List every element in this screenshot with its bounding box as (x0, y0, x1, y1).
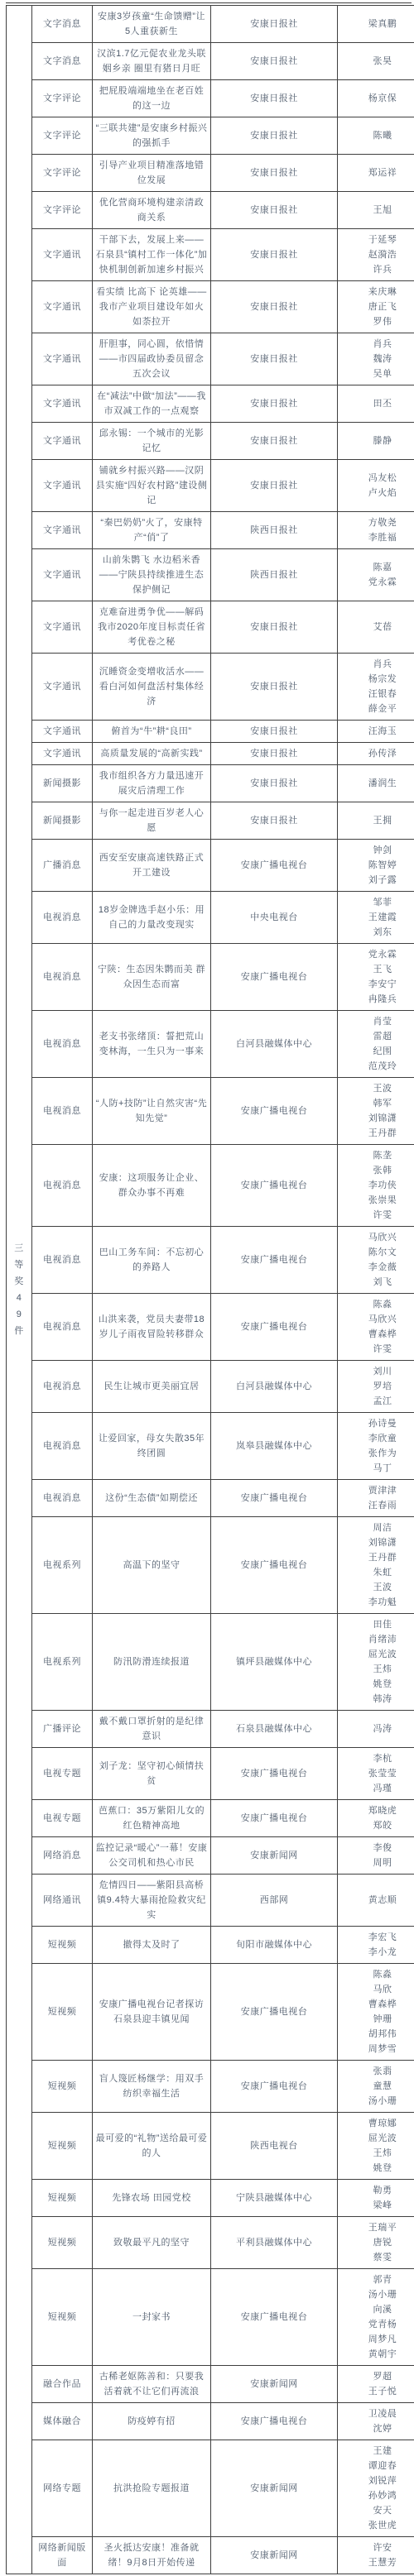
table-row: 短视频 最可爱的“礼物”送给最可爱的人 陕西电视台 曹琼娜屈光波王炜姚登 (7, 2113, 414, 2180)
organization-cell: 安康日报社 (211, 117, 338, 155)
category-cell: 新闻摄影 (32, 802, 93, 840)
author-name: 王瑞平 (340, 2220, 414, 2235)
author-name: 魏涛 (340, 352, 414, 366)
award-table-body: 三等奖49件文字消息 安康3岁孩童“生命馈赠”让5人重获新生 安康日报社 梁真鹏… (7, 6, 414, 2574)
title-cell: 山前朱鹮飞 水边稻米香——宁陕县持续推进生态保护侧记 (93, 549, 211, 601)
organization-cell: 安康新闻网 (211, 2537, 338, 2574)
authors-cell: 汪海玉 (338, 721, 414, 743)
authors-cell: 李宏飞李小龙 (338, 1927, 414, 1964)
author-name: 郑运祥 (340, 165, 414, 180)
organization-cell: 旬阳市融媒体中心 (211, 1927, 338, 1964)
author-name: 杨宗发 (340, 672, 414, 687)
author-name: 来庆琳 (340, 285, 414, 299)
category-cell: 短视频 (32, 2061, 93, 2113)
author-name: 纪围 (340, 1044, 414, 1059)
table-row: 文字通讯 “秦巴奶奶”火了，安康特产“俏”了 陕西日报社 方敬尧李胜福 (7, 512, 414, 549)
table-row: 文字通讯 在“减法”中做“加法”——我市双减工作的一点观察 安康日报社 田丕 (7, 385, 414, 423)
category-cell: 短视频 (32, 2180, 93, 2217)
category-cell: 电视专题 (32, 1800, 93, 1837)
authors-cell: 曹琼娜屈光波王炜姚登 (338, 2113, 414, 2180)
organization-cell: 安康日报社 (211, 743, 338, 765)
table-row: 短视频 先锋农场 田园党校 宁陕县融媒体中心 勒勇梁峰 (7, 2180, 414, 2217)
table-row: 新闻摄影 与你一起走进百岁老人心愿 安康日报社 王拥 (7, 802, 414, 840)
author-name: 王飞 (340, 962, 414, 977)
table-row: 电视消息 18岁金牌选手赵小乐：用自己的力量改变现实 中央电视台 邹菲王建霞刘东 (7, 892, 414, 944)
table-row: 媒体融合 防疫婷有招 安康广播电视台 卫凌晨沈婷 (7, 2403, 414, 2440)
organization-cell: 镇坪县融媒体中心 (211, 1614, 338, 1711)
author-name: 王丹群 (340, 1550, 414, 1565)
authors-cell: 陈垄张韩李功侠张崇果许雯 (338, 1145, 414, 1227)
author-name: 范茂玲 (340, 1059, 414, 1074)
title-cell: 安康广播电视台记者探访石泉县迎丰镇见闻 (93, 1964, 211, 2061)
title-cell: 俯首为“牛”耕“良田” (93, 721, 211, 743)
table-row: 文字评论 “三联共建”是安康乡村振兴的强抓手 安康日报社 陈曦 (7, 117, 414, 155)
author-name: 刘子露 (340, 873, 414, 888)
category-cell: 广播消息 (32, 840, 93, 892)
authors-cell: 罗超王子悦 (338, 2366, 414, 2403)
authors-cell: 肖莹雷超纪围范茂玲 (338, 1011, 414, 1078)
organization-cell: 平利县融媒体中心 (211, 2217, 338, 2269)
title-cell: “人防+技防”让自然灾害“先知先觉” (93, 1078, 211, 1145)
organization-cell: 安康广播电视台 (211, 1964, 338, 2061)
title-cell: 先锋农场 田园党校 (93, 2180, 211, 2217)
table-row: 网络新闻版面 圣火抵达安康！准备就绪！9月8日开始传递 安康新闻网 许安王慧芳 (7, 2537, 414, 2574)
table-row: 电视系列 高温下的坚守 安康广播电视台 周洁刘锦潇王丹群朱虹王波李功魁 (7, 1517, 414, 1614)
organization-cell: 石泉县融媒体中心 (211, 1711, 338, 1748)
author-name: 李杭 (340, 1751, 414, 1766)
category-cell: 电视消息 (32, 1361, 93, 1413)
authors-cell: 钟剑陈智婷刘子露 (338, 840, 414, 892)
table-row: 广播消息 西安至安康高速铁路正式开工建设 安康广播电视台 钟剑陈智婷刘子露 (7, 840, 414, 892)
authors-cell: 冯友松卢火焰 (338, 460, 414, 512)
category-cell: 短视频 (32, 1964, 93, 2061)
category-cell: 电视消息 (32, 1413, 93, 1480)
author-name: 卢火焰 (340, 486, 414, 500)
category-cell: 电视消息 (32, 892, 93, 944)
organization-cell: 安康广播电视台 (211, 2403, 338, 2440)
organization-cell: 安康日报社 (211, 385, 338, 423)
category-cell: 文字通讯 (32, 512, 93, 549)
category-cell: 新闻摄影 (32, 765, 93, 802)
author-name: 郑皎 (340, 1818, 414, 1833)
organization-cell: 安康广播电视台 (211, 944, 338, 1011)
category-cell: 文字通讯 (32, 654, 93, 721)
author-name: 张崇果 (340, 1193, 414, 1208)
table-row: 文字消息 汉滨1.7亿元促农业龙头联姻乡亲 圈里有猪日月旺 安康日报社 张昊 (7, 43, 414, 80)
author-name: 党青杨 (340, 2317, 414, 2332)
authors-cell: 来庆琳唐正飞罗伟 (338, 281, 414, 333)
author-name: 许雯 (340, 1208, 414, 1223)
organization-cell: 安康日报社 (211, 601, 338, 654)
title-cell: 撤得太及时了 (93, 1927, 211, 1964)
author-name: 孙妙鸿 (340, 2488, 414, 2503)
authors-cell: 卫凌晨沈婷 (338, 2403, 414, 2440)
prize-group-cell: 三等奖49件 (7, 6, 32, 2574)
table-row: 广播评论 戴不戴口罩折射的是纪律意识 石泉县融媒体中心 冯涛 (7, 1711, 414, 1748)
title-cell: 刘子龙：坚守初心倾情扶贫 (93, 1748, 211, 1800)
table-row: 电视系列 防汛防滑连续报道 镇坪县融媒体中心 田佳肖绪沛屈光波王炜姚登韩涛 (7, 1614, 414, 1711)
organization-cell: 安康广播电视台 (211, 840, 338, 892)
category-cell: 广播评论 (32, 1711, 93, 1748)
author-name: 刘川 (340, 1364, 414, 1379)
category-cell: 电视消息 (32, 1480, 93, 1517)
table-row: 短视频 致敬最平凡的坚守 平利县融媒体中心 王瑞平唐锐蔡雯 (7, 2217, 414, 2269)
table-row: 短视频 盲人篾匠杨继学：用双手纺织幸福生活 安康广播电视台 张翡童慧汤小珊 (7, 2061, 414, 2113)
author-name: 张作为 (340, 1446, 414, 1461)
table-row: 电视消息 山洪来袭，党员夫妻带18岁儿子雨夜冒险转移群众 安康广播电视台 陈淼马… (7, 1294, 414, 1361)
author-name: 陈垄 (340, 1148, 414, 1163)
author-name: 许雯 (340, 1342, 414, 1357)
title-cell: 我市组织各方力量迅速开展灾后清理工作 (93, 765, 211, 802)
title-cell: 最可爱的“礼物”送给最可爱的人 (93, 2113, 211, 2180)
authors-cell: 李杭张莹莹冯瑾 (338, 1748, 414, 1800)
category-cell: 短视频 (32, 2269, 93, 2366)
author-name: 安天 (340, 2503, 414, 2518)
title-cell: 高质量发展的“高新实践” (93, 743, 211, 765)
organization-cell: 宁陕县融媒体中心 (211, 2180, 338, 2217)
organization-cell: 岚皋县融媒体中心 (211, 1413, 338, 1480)
author-name: 勒勇 (340, 2183, 414, 2198)
author-name: 马欣 (340, 1982, 414, 1997)
authors-cell: 许安王慧芳 (338, 2537, 414, 2574)
author-name: 党永霖 (340, 575, 414, 590)
authors-cell: 王波韩军刘锦潇王丹群 (338, 1078, 414, 1145)
authors-cell: 王旭 (338, 192, 414, 229)
title-cell: 致敬最平凡的坚守 (93, 2217, 211, 2269)
author-name: 李安宁 (340, 977, 414, 992)
organization-cell: 中央电视台 (211, 892, 338, 944)
title-cell: “秦巴奶奶”火了，安康特产“俏”了 (93, 512, 211, 549)
title-cell: 防疫婷有招 (93, 2403, 211, 2440)
category-cell: 电视消息 (32, 944, 93, 1011)
authors-cell: 孙诗曼李欣童张作为马丁 (338, 1413, 414, 1480)
author-name: 孙诗曼 (340, 1416, 414, 1431)
author-name: 王波 (340, 1081, 414, 1096)
title-cell: 引导产业项目精准落地错位发展 (93, 155, 211, 192)
table-row: 文字通讯 干部下去，发展上来——石泉县“镇村工作一体化”加快机制创新加速乡村振兴… (7, 229, 414, 281)
category-cell: 文字通讯 (32, 549, 93, 601)
table-row: 文字通讯 看实绩 比高下 论英雄——我市产业项目建设年如火如荼拉开 安康日报社 … (7, 281, 414, 333)
author-name: 王慧芳 (340, 2555, 414, 2570)
table-row: 文字通讯 邱永锡：一个城市的光影记忆 安康日报社 滕静 (7, 423, 414, 460)
table-row: 电视消息 民生让城市更美丽宜居 白河县融媒体中心 刘川罗培孟江 (7, 1361, 414, 1413)
organization-cell: 安康广播电视台 (211, 1227, 338, 1294)
author-name: 雷超 (340, 1029, 414, 1044)
author-name: 田丕 (340, 396, 414, 411)
author-name: 胡邦伟 (340, 2027, 414, 2042)
authors-cell: 王拥 (338, 802, 414, 840)
author-name: 陈尔文 (340, 1245, 414, 1260)
organization-cell: 安康日报社 (211, 229, 338, 281)
author-name: 肖绪沛 (340, 1632, 414, 1647)
author-name: 李小龙 (340, 1945, 414, 1960)
organization-cell: 安康日报社 (211, 460, 338, 512)
author-name: 赵漪浩 (340, 247, 414, 262)
organization-cell: 安康日报社 (211, 765, 338, 802)
author-name: 钟剑 (340, 843, 414, 858)
author-name: 党永霖 (340, 947, 414, 962)
authors-cell: 马欣兴陈尔文李金薇刘飞 (338, 1227, 414, 1294)
table-row: 三等奖49件文字消息 安康3岁孩童“生命馈赠”让5人重获新生 安康日报社 梁真鹏 (7, 6, 414, 43)
table-row: 短视频 一封家书 安康广播电视台 郭青汤小珊向溪党青杨周梦凡黄朝宇 (7, 2269, 414, 2366)
category-cell: 文字通讯 (32, 721, 93, 743)
author-name: 方敬尧 (340, 515, 414, 530)
organization-cell: 安康新闻网 (211, 1837, 338, 1875)
authors-cell: 梁真鹏 (338, 6, 414, 43)
author-name: 郑晓虎 (340, 1803, 414, 1818)
category-cell: 电视消息 (32, 1078, 93, 1145)
author-name: 冯涛 (340, 1721, 414, 1736)
author-name: 马欣兴 (340, 1230, 414, 1245)
author-name: 唐锐 (340, 2235, 414, 2250)
author-name: 冯瑾 (340, 1781, 414, 1796)
author-name: 李功侠 (340, 1178, 414, 1193)
author-name: 李宏飞 (340, 1930, 414, 1945)
author-name: 钟珊 (340, 2012, 414, 2027)
author-name: 王拥 (340, 813, 414, 828)
author-name: 薛金平 (340, 701, 414, 716)
author-name: 邹菲 (340, 895, 414, 910)
title-cell: 看实绩 比高下 论英雄——我市产业项目建设年如火如荼拉开 (93, 281, 211, 333)
organization-cell: 安康日报社 (211, 155, 338, 192)
organization-cell: 安康新闻网 (211, 2440, 338, 2537)
table-row: 网络通讯 危情四日——紫阳县高桥镇9.4特大暴雨抢险救灾纪实 西部网 黄志顺 (7, 1875, 414, 1927)
author-name: 陈智婷 (340, 858, 414, 873)
author-name: 李俊 (340, 1841, 414, 1855)
author-name: 朱虹 (340, 1565, 414, 1580)
authors-cell: 陈嘉党永霖 (338, 549, 414, 601)
author-name: 屈光波 (340, 2131, 414, 2146)
authors-cell: 郑运祥 (338, 155, 414, 192)
award-list-page: 三等奖49件文字消息 安康3岁孩童“生命馈赠”让5人重获新生 安康日报社 梁真鹏… (0, 0, 414, 2574)
organization-cell: 安康日报社 (211, 43, 338, 80)
author-name: 王旭 (340, 203, 414, 218)
author-name: 李欣童 (340, 1431, 414, 1446)
organization-cell: 安康广播电视台 (211, 1800, 338, 1837)
table-row: 文字通讯 克难奋进勇争优——解码我市2020年度目标责任省考优卷之秘 安康日报社… (7, 601, 414, 654)
category-cell: 文字通讯 (32, 743, 93, 765)
organization-cell: 安康广播电视台 (211, 2061, 338, 2113)
organization-cell: 安康广播电视台 (211, 1145, 338, 1227)
author-name: 曹森桦 (340, 1997, 414, 2012)
title-cell: 邱永锡：一个城市的光影记忆 (93, 423, 211, 460)
authors-cell: 陈淼马欣曹森桦钟珊胡邦伟周梦雪 (338, 1964, 414, 2061)
organization-cell: 陕西日报社 (211, 512, 338, 549)
author-name: 肖莹 (340, 1014, 414, 1029)
title-cell: 防汛防滑连续报道 (93, 1614, 211, 1711)
category-cell: 短视频 (32, 1927, 93, 1964)
author-name: 王建 (340, 2444, 414, 2459)
table-row: 电视专题 芭蕉口：35万紫阳儿女的红色精神高地 安康广播电视台 郑晓虎郑皎 (7, 1800, 414, 1837)
title-cell: 古稀老妪陈善和：只要我活着就不让它们再流浪 (93, 2366, 211, 2403)
table-row: 网络消息 监控记录“暖心”一幕！安康公交司机和热心市民 安康新闻网 李俊周明 (7, 1837, 414, 1875)
author-name: 周梦雪 (340, 2042, 414, 2056)
title-cell: 这份“生态债”如期偿还 (93, 1480, 211, 1517)
category-cell: 文字评论 (32, 117, 93, 155)
table-row: 文字通讯 山前朱鹮飞 水边稻米香——宁陕县持续推进生态保护侧记 陕西日报社 陈嘉… (7, 549, 414, 601)
author-name: 王子悦 (340, 2384, 414, 2399)
authors-cell: 艾蓓 (338, 601, 414, 654)
award-table: 三等奖49件文字消息 安康3岁孩童“生命馈赠”让5人重获新生 安康日报社 梁真鹏… (6, 5, 414, 2574)
table-row: 电视消息 老支书张绪顶：誓把荒山变林海，一生只为一事来 白河县融媒体中心 肖莹雷… (7, 1011, 414, 1078)
author-name: 姚登 (340, 2161, 414, 2176)
author-name: 冉隆兵 (340, 992, 414, 1007)
author-name: 罗超 (340, 2369, 414, 2384)
author-name: 贾津津 (340, 1483, 414, 1498)
author-name: 马丁 (340, 1461, 414, 1476)
table-row: 文字通讯 高质量发展的“高新实践” 安康日报社 孙传泽 (7, 743, 414, 765)
organization-cell: 安康广播电视台 (211, 1748, 338, 1800)
title-cell: 危情四日——紫阳县高桥镇9.4特大暴雨抢险救灾纪实 (93, 1875, 211, 1927)
organization-cell: 安康日报社 (211, 333, 338, 385)
author-name: 陈淼 (340, 1297, 414, 1312)
category-cell: 网络消息 (32, 1837, 93, 1875)
author-name: 吴单 (340, 366, 414, 381)
author-name: 曹琼娜 (340, 2116, 414, 2131)
author-name: 陈曦 (340, 128, 414, 143)
organization-cell: 安康广播电视台 (211, 1480, 338, 1517)
author-name: 李金薇 (340, 1260, 414, 1275)
table-row: 融合作品 古稀老妪陈善和：只要我活着就不让它们再流浪 安康新闻网 罗超王子悦 (7, 2366, 414, 2403)
author-name: 刘锦潇 (340, 1535, 414, 1550)
title-cell: 安康3岁孩童“生命馈赠”让5人重获新生 (93, 6, 211, 43)
authors-cell: 肖兵杨宗发汪银春薛金平 (338, 654, 414, 721)
author-name: 许兵 (340, 262, 414, 277)
authors-cell: 张昊 (338, 43, 414, 80)
category-cell: 文字通讯 (32, 601, 93, 654)
organization-cell: 安康日报社 (211, 192, 338, 229)
author-name: 田佳 (340, 1617, 414, 1632)
organization-cell: 安康日报社 (211, 654, 338, 721)
organization-cell: 陕西日报社 (211, 549, 338, 601)
title-cell: 山洪来袭，党员夫妻带18岁儿子雨夜冒险转移群众 (93, 1294, 211, 1361)
category-cell: 文字通讯 (32, 333, 93, 385)
table-row: 电视消息 安康：这项服务让企业、群众办事不再难 安康广播电视台 陈垄张韩李功侠张… (7, 1145, 414, 1227)
authors-cell: 肖兵魏涛吴单 (338, 333, 414, 385)
title-cell: 抗洪抢险专题报道 (93, 2440, 211, 2537)
author-name: 于延琴 (340, 232, 414, 247)
table-row: 文字通讯 沉睡资金变增收活水——看白河如何盘活村集体经济 安康日报社 肖兵杨宗发… (7, 654, 414, 721)
author-name: 刘锐萍 (340, 2473, 414, 2488)
table-row: 短视频 撤得太及时了 旬阳市融媒体中心 李宏飞李小龙 (7, 1927, 414, 1964)
category-cell: 文字消息 (32, 6, 93, 43)
author-name: 沈婷 (340, 2421, 414, 2436)
authors-cell: 冯涛 (338, 1711, 414, 1748)
author-name: 孟江 (340, 1394, 414, 1409)
title-cell: 安康：这项服务让企业、群众办事不再难 (93, 1145, 211, 1227)
authors-cell: 郑晓虎郑皎 (338, 1800, 414, 1837)
category-cell: 网络通讯 (32, 1875, 93, 1927)
author-name: 刘东 (340, 925, 414, 940)
category-cell: 短视频 (32, 2113, 93, 2180)
table-row: 网络专题 抗洪抢险专题报道 安康新闻网 王建谭迎春刘锐萍孙妙鸿安天张世虎 (7, 2440, 414, 2537)
author-name: 陈嘉 (340, 560, 414, 575)
author-name: 张昊 (340, 54, 414, 69)
author-name: 周明 (340, 1855, 414, 1870)
authors-cell: 周洁刘锦潇王丹群朱虹王波李功魁 (338, 1517, 414, 1614)
author-name: 张莹莹 (340, 1766, 414, 1781)
category-cell: 文字评论 (32, 80, 93, 117)
title-cell: 优化营商环境构建亲清政商关系 (93, 192, 211, 229)
author-name: 潘润生 (340, 776, 414, 791)
authors-cell: 潘润生 (338, 765, 414, 802)
title-cell: 克难奋进勇争优——解码我市2020年度目标责任省考优卷之秘 (93, 601, 211, 654)
author-name: 滕静 (340, 433, 414, 448)
author-name: 陈淼 (340, 1967, 414, 1982)
author-name: 罗伟 (340, 314, 414, 329)
author-name: 刘飞 (340, 1275, 414, 1290)
organization-cell: 安康广播电视台 (211, 2269, 338, 2366)
category-cell: 文字通讯 (32, 229, 93, 281)
author-name: 王丹群 (340, 1126, 414, 1141)
category-cell: 电视消息 (32, 1294, 93, 1361)
authors-cell: 刘川罗培孟江 (338, 1361, 414, 1413)
organization-cell: 白河县融媒体中心 (211, 1011, 338, 1078)
category-cell: 电视系列 (32, 1614, 93, 1711)
author-name: 肖兵 (340, 337, 414, 352)
title-cell: 戴不戴口罩折射的是纪律意识 (93, 1711, 211, 1748)
authors-cell: 孙传泽 (338, 743, 414, 765)
title-cell: 圣火抵达安康！准备就绪！9月8日开始传递 (93, 2537, 211, 2574)
author-name: 冯友松 (340, 471, 414, 486)
title-cell: 让爱回家，母女失散35年终团圆 (93, 1413, 211, 1480)
authors-cell: 郭青汤小珊向溪党青杨周梦凡黄朝宇 (338, 2269, 414, 2366)
title-cell: 肝胆事，同心圆，依惜情——市四届政协委员留念五次会议 (93, 333, 211, 385)
author-name: 汪海玉 (340, 724, 414, 739)
author-name: 梁峰 (340, 2198, 414, 2213)
table-row: 文字通讯 铺就乡村振兴路——汉阴县实施“四好农村路”建设侧记 安康日报社 冯友松… (7, 460, 414, 512)
category-cell: 网络专题 (32, 2440, 93, 2537)
title-cell: 沉睡资金变增收活水——看白河如何盘活村集体经济 (93, 654, 211, 721)
category-cell: 文字通讯 (32, 281, 93, 333)
table-row: 电视消息 “人防+技防”让自然灾害“先知先觉” 安康广播电视台 王波韩军刘锦潇王… (7, 1078, 414, 1145)
author-name: 汤小珊 (340, 2287, 414, 2302)
title-cell: 芭蕉口：35万紫阳儿女的红色精神高地 (93, 1800, 211, 1837)
author-name: 汪银春 (340, 687, 414, 701)
author-name: 童慧 (340, 2079, 414, 2094)
category-cell: 电视消息 (32, 1227, 93, 1294)
category-cell: 电视专题 (32, 1748, 93, 1800)
authors-cell: 张翡童慧汤小珊 (338, 2061, 414, 2113)
author-name: 韩涛 (340, 1692, 414, 1707)
author-name: 王波 (340, 1580, 414, 1595)
organization-cell: 安康广播电视台 (211, 1294, 338, 1361)
organization-cell: 安康广播电视台 (211, 1078, 338, 1145)
author-name: 马欣兴 (340, 1312, 414, 1327)
authors-cell: 田佳肖绪沛屈光波王炜姚登韩涛 (338, 1614, 414, 1711)
title-cell: 一封家书 (93, 2269, 211, 2366)
category-cell: 融合作品 (32, 2366, 93, 2403)
table-row: 电视消息 巴山工务车间：不忘初心的养路人 安康广播电视台 马欣兴陈尔文李金薇刘飞 (7, 1227, 414, 1294)
title-cell: “三联共建”是安康乡村振兴的强抓手 (93, 117, 211, 155)
title-cell: 18岁金牌选手赵小乐：用自己的力量改变现实 (93, 892, 211, 944)
organization-cell: 安康日报社 (211, 423, 338, 460)
author-name: 许安 (340, 2540, 414, 2555)
author-name: 卫凌晨 (340, 2406, 414, 2421)
author-name: 汤小珊 (340, 2094, 414, 2109)
authors-cell: 陈淼马欣兴曹森桦许雯 (338, 1294, 414, 1361)
author-name: 杨京保 (340, 91, 414, 106)
author-name: 韩军 (340, 1096, 414, 1111)
organization-cell: 安康日报社 (211, 802, 338, 840)
category-cell: 网络新闻版面 (32, 2537, 93, 2574)
author-name: 肖兵 (340, 657, 414, 672)
authors-cell: 田丕 (338, 385, 414, 423)
author-name: 向溪 (340, 2302, 414, 2317)
author-name: 梁真鹏 (340, 17, 414, 31)
category-cell: 文字通讯 (32, 460, 93, 512)
category-cell: 文字消息 (32, 43, 93, 80)
